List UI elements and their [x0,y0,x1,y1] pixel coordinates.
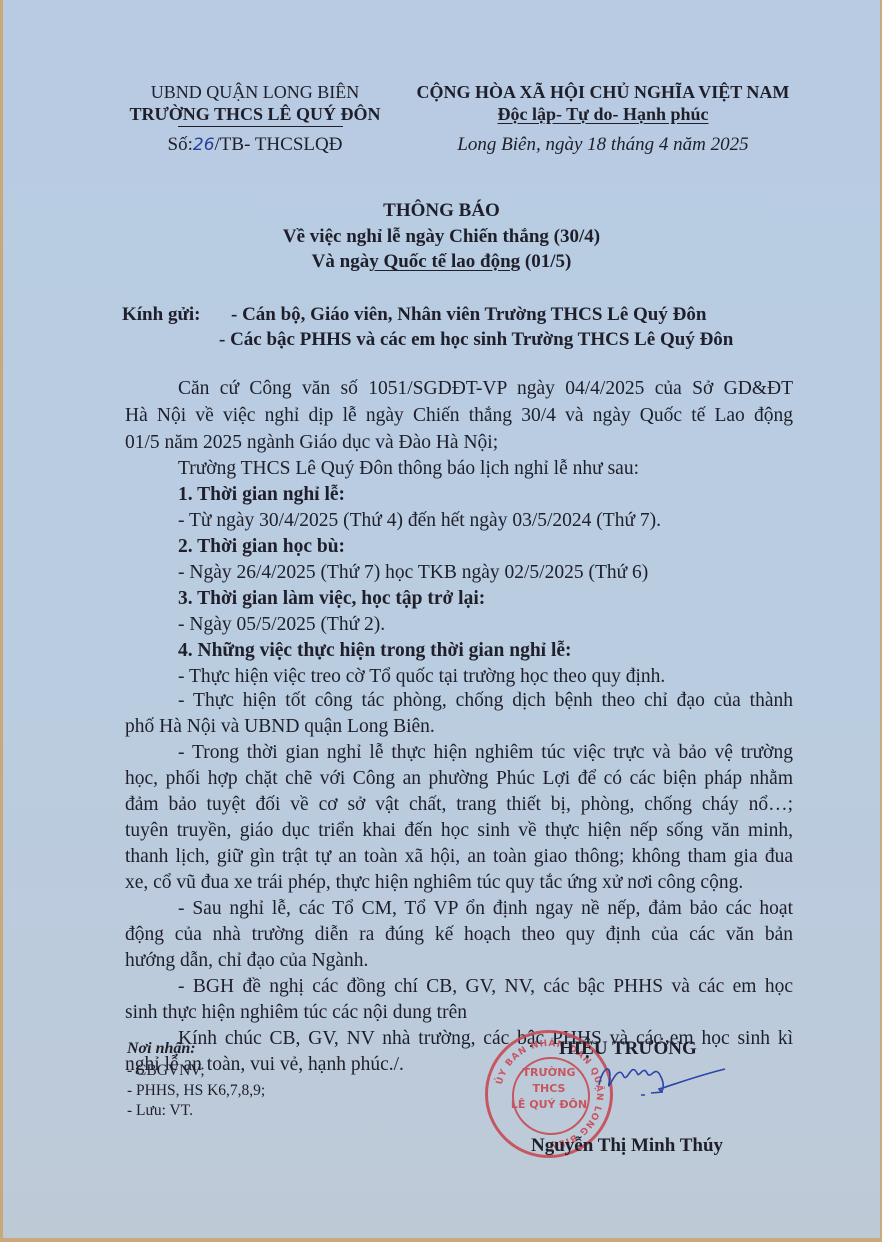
stamp-line: TRƯỜNG [488,1066,610,1079]
section-text: - Từ ngày 30/4/2025 (Thứ 4) đến hết ngày… [178,510,661,532]
basis-line: 01/5 năm 2025 ngành Giáo dục và Đào Hà N… [125,432,498,454]
section-heading: 4. Những việc thực hiện trong thời gian … [178,640,572,662]
recipients-label: Kính gửi: [122,304,200,326]
recipient-item: - Cán bộ, Giáo viên, Nhân viên Trường TH… [231,304,706,326]
task-line: - Sau nghỉ lễ, các Tổ CM, Tổ VP ổn định … [178,898,793,920]
distribution-item: - PHHS, HS K6,7,8,9; [127,1082,265,1100]
subject-text: Và ngà [312,251,370,272]
task-line: - Trong thời gian nghỉ lễ thực hiện nghi… [178,742,793,764]
section-text: - Ngày 26/4/2025 (Thứ 7) học TKB ngày 02… [178,562,648,584]
intro-line: Trường THCS Lê Quý Đôn thông báo lịch ng… [178,458,639,480]
task-line: xe, cổ vũ đua xe trái phép, thực hiện ng… [125,872,743,894]
notice-subject-line1: Về việc nghỉ lễ ngày Chiến thắng (30/4) [3,226,880,248]
task-line: động của nhà trường diễn ra đúng kế hoạc… [125,924,793,946]
notice-heading: THÔNG BÁO [3,200,880,222]
task-line: học, phối hợp chặt chẽ với Công an phườn… [125,768,793,790]
subject-underlined: y Quốc tế lao động [369,251,520,272]
section-heading: 1. Thời gian nghỉ lễ: [178,484,345,506]
distribution-item: - Lưu: VT. [127,1102,193,1120]
signer-name: Nguyễn Thị Minh Thúy [531,1135,723,1157]
document-page: UBND QUẬN LONG BIÊN TRƯỜNG THCS LÊ QUÝ Đ… [3,0,880,1238]
task-line: - Thực hiện tốt công tác phòng, chống dị… [178,690,793,712]
task-line: hướng dẫn, chỉ đạo của Ngành. [125,950,368,972]
distribution-label: Nơi nhận: [127,1040,196,1058]
handwritten-number: 26 [193,135,215,155]
signature [593,1055,733,1105]
section-heading: 3. Thời gian làm việc, học tập trở lại: [178,588,485,610]
basis-line: Căn cứ Công văn số 1051/SGDĐT-VP ngày 04… [178,378,793,400]
task-line: thanh lịch, giữ gìn trật tự an toàn xã h… [125,846,793,868]
task-line: - BGH đề nghị các đồng chí CB, GV, NV, c… [178,976,793,998]
number-suffix: /TB- THCSLQĐ [215,134,343,155]
notice-subject-line2: Và ngày Quốc tế lao động (01/5) [3,251,880,273]
national-motto: Độc lập- Tự do- Hạnh phúc [403,104,803,125]
stamp-line: LÊ QUÝ ĐÔN [488,1098,610,1111]
subject-text: (01/5) [520,251,571,272]
distribution-item: - CBGVNV; [127,1062,205,1080]
task-line: đảm bảo tuyệt đối về cơ sở vật chất, tra… [125,794,793,816]
signer-title: HIỆU TRƯỞNG [559,1038,697,1060]
authority-name: UBND QUẬN LONG BIÊN [115,82,395,103]
nation-title: CỘNG HÒA XÃ HỘI CHỦ NGHĨA VIỆT NAM [403,82,803,103]
section-text: - Thực hiện việc treo cờ Tổ quốc tại trư… [178,666,665,688]
closing-line: Kính chúc CB, GV, NV nhà trường, các bậc… [178,1028,793,1050]
motto-text: Độc lập- Tự do- Hạnh phúc [497,104,708,124]
recipient-item: - Các bậc PHHS và các em học sinh Trường… [219,329,733,351]
document-number: Số:26/TB- THCSLQĐ [115,134,395,156]
section-heading: 2. Thời gian học bù: [178,536,345,558]
basis-line: Hà Nội về việc nghỉ dịp lễ ngày Chiến th… [125,405,793,427]
task-line: tuyên truyền, giáo dục triển khai đến họ… [125,820,793,842]
task-line: phố Hà Nội và UBND quận Long Biên. [125,716,435,738]
task-line: sinh thực hiện nghiêm túc các nội dung t… [125,1002,467,1024]
section-text: - Ngày 05/5/2025 (Thứ 2). [178,614,385,636]
number-prefix: Số: [168,134,193,155]
stamp-line: THCS [488,1082,610,1095]
school-name: TRƯỜNG THCS LÊ QUÝ ĐÔN [115,104,395,125]
place-date: Long Biên, ngày 18 tháng 4 năm 2025 [403,134,803,156]
header-left-underline [178,126,343,127]
